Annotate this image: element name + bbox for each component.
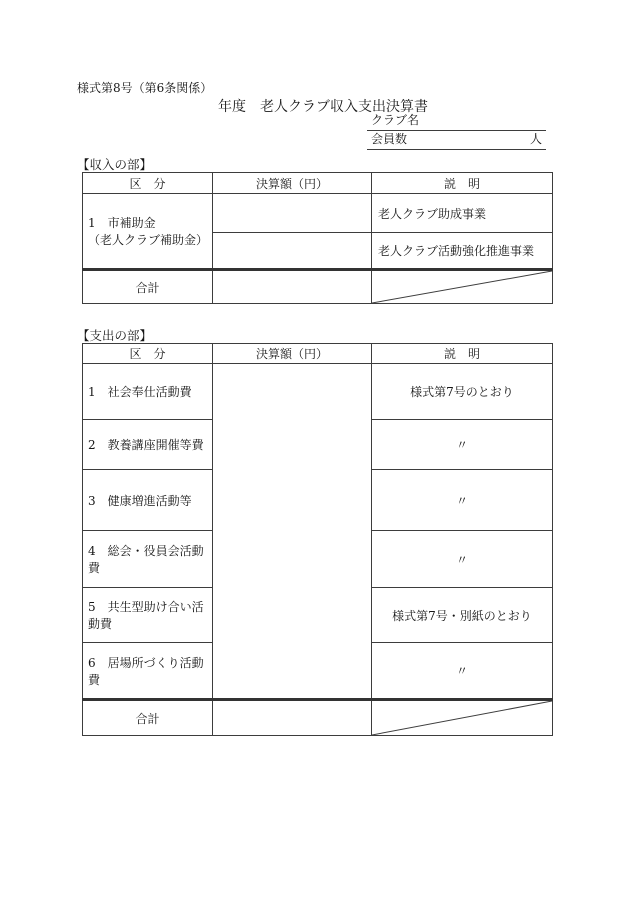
income-category-line2: （老人クラブ補助金） <box>83 231 212 248</box>
income-amount-grant-cell <box>213 194 372 233</box>
expenditure-category-cell-4: 4 総会・役員会活動費 <box>83 531 213 588</box>
income-section-heading: 【収入の部】 <box>77 155 152 173</box>
expenditure-description-cell-4: 〃 <box>372 531 553 588</box>
expenditure-amount-column-cell <box>213 364 372 700</box>
expenditure-description-cell-6: 〃 <box>372 643 553 700</box>
form-number: 様式第8号（第6条関係） <box>77 79 212 96</box>
income-total-slash-cell <box>372 270 553 304</box>
expenditure-category-cell-2: 2 教養講座開催等費 <box>83 420 213 470</box>
expenditure-description-cell-1: 様式第7号のとおり <box>372 364 553 420</box>
expenditure-total-label-cell: 合計 <box>83 700 213 736</box>
income-amount-promotion-cell <box>213 233 372 270</box>
income-header-amount: 決算額（円） <box>213 173 372 194</box>
income-total-amount-cell <box>213 270 372 304</box>
expenditure-category-cell-5: 5 共生型助け合い活動費 <box>83 588 213 643</box>
expenditure-total-amount-cell <box>213 700 372 736</box>
expenditure-description-cell-5: 様式第7号・別紙のとおり <box>372 588 553 643</box>
expenditure-section-heading: 【支出の部】 <box>77 326 152 344</box>
expenditure-category-cell-6: 6 居場所づくり活動費 <box>83 643 213 700</box>
expenditure-description-cell-3: 〃 <box>372 470 553 531</box>
income-description-grant-cell: 老人クラブ助成事業 <box>372 194 553 233</box>
expenditure-header-amount: 決算額（円） <box>213 344 372 364</box>
expenditure-category-cell-1: 1 社会奉仕活動費 <box>83 364 213 420</box>
expenditure-description-cell-2: 〃 <box>372 420 553 470</box>
income-description-promotion-cell: 老人クラブ活動強化推進事業 <box>372 233 553 270</box>
member-count-field: 会員数 人 <box>367 133 546 150</box>
member-count-unit: 人 <box>530 130 542 147</box>
diagonal-line-icon <box>372 271 552 303</box>
club-name-label: クラブ名 <box>371 111 419 128</box>
income-category-line1: 1 市補助金 <box>83 214 212 231</box>
member-count-label: 会員数 <box>371 130 407 147</box>
expenditure-header-category: 区 分 <box>83 344 213 364</box>
income-header-description: 説 明 <box>372 173 553 194</box>
income-header-category: 区 分 <box>83 173 213 194</box>
expenditure-total-slash-cell <box>372 700 553 736</box>
diagonal-line-icon <box>372 701 552 735</box>
income-total-label-cell: 合計 <box>83 270 213 304</box>
club-name-field: クラブ名 <box>367 114 546 131</box>
income-table: 区 分 決算額（円） 説 明 1 市補助金 （老人クラブ補助金） 老人クラブ助成… <box>82 172 553 304</box>
income-category-cell: 1 市補助金 （老人クラブ補助金） <box>83 194 213 270</box>
expenditure-table: 区 分 決算額（円） 説 明 1 社会奉仕活動費 様式第7号のとおり 2 教養講… <box>82 343 553 736</box>
expenditure-category-cell-3: 3 健康増進活動等 <box>83 470 213 531</box>
expenditure-header-description: 説 明 <box>372 344 553 364</box>
document-page: 様式第8号（第6条関係） 年度 老人クラブ収入支出決算書 クラブ名 会員数 人 … <box>0 0 630 903</box>
expenditure-row: 1 社会奉仕活動費 様式第7号のとおり <box>83 364 553 420</box>
